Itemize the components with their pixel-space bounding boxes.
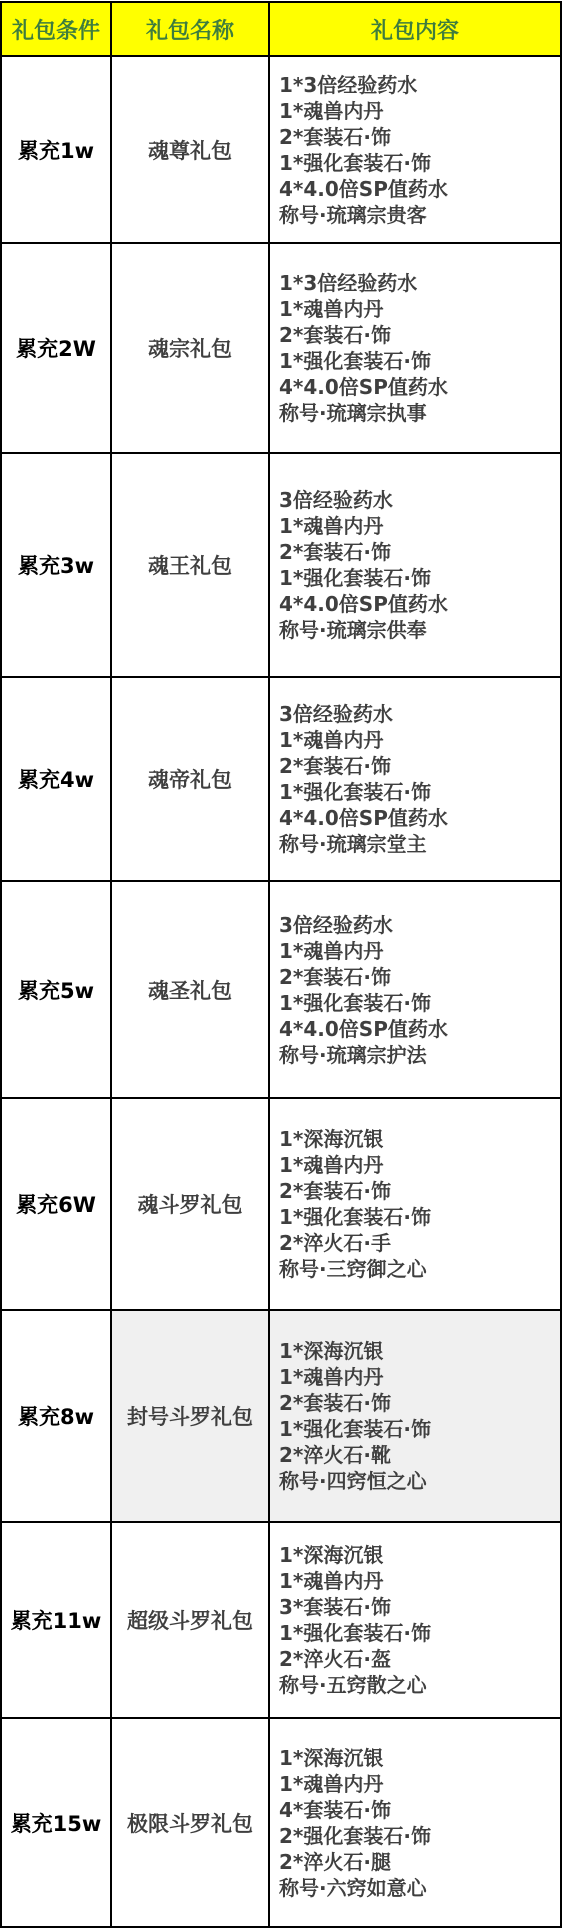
content-line: 1*魂兽内丹 bbox=[279, 1364, 554, 1390]
content-line: 2*强化套装石·饰 bbox=[279, 1823, 554, 1849]
content-line: 1*魂兽内丹 bbox=[279, 1152, 554, 1178]
content-line: 1*强化套装石·饰 bbox=[279, 565, 554, 591]
content-cell: 1*深海沉银 1*魂兽内丹 3*套装石·饰 1*强化套装石·饰 2*淬火石·盔 … bbox=[269, 1522, 561, 1718]
header-row: 礼包条件 礼包名称 礼包内容 bbox=[1, 2, 561, 56]
content-line: 1*魂兽内丹 bbox=[279, 98, 554, 124]
condition-cell: 累充5w bbox=[1, 881, 111, 1098]
content-line: 称号·四窍恒之心 bbox=[279, 1468, 554, 1494]
gift-package-table: 礼包条件 礼包名称 礼包内容 累充1w 魂尊礼包 1*3倍经验药水 1*魂兽内丹… bbox=[0, 1, 562, 1928]
content-line: 1*强化套装石·饰 bbox=[279, 1620, 554, 1646]
content-line: 4*套装石·饰 bbox=[279, 1797, 554, 1823]
condition-cell: 累充15w bbox=[1, 1718, 111, 1927]
condition-cell: 累充4w bbox=[1, 677, 111, 881]
content-line: 2*淬火石·手 bbox=[279, 1230, 554, 1256]
condition-cell: 累充1w bbox=[1, 56, 111, 243]
table-row: 累充6W 魂斗罗礼包 1*深海沉银 1*魂兽内丹 2*套装石·饰 1*强化套装石… bbox=[1, 1098, 561, 1310]
content-line: 1*魂兽内丹 bbox=[279, 1568, 554, 1594]
table-row: 累充11w 超级斗罗礼包 1*深海沉银 1*魂兽内丹 3*套装石·饰 1*强化套… bbox=[1, 1522, 561, 1718]
table-row: 累充3w 魂王礼包 3倍经验药水 1*魂兽内丹 2*套装石·饰 1*强化套装石·… bbox=[1, 453, 561, 677]
condition-cell: 累充11w bbox=[1, 1522, 111, 1718]
content-cell: 3倍经验药水 1*魂兽内丹 2*套装石·饰 1*强化套装石·饰 4*4.0倍SP… bbox=[269, 453, 561, 677]
content-line: 2*套装石·饰 bbox=[279, 539, 554, 565]
content-line: 1*3倍经验药水 bbox=[279, 72, 554, 98]
table-row: 累充1w 魂尊礼包 1*3倍经验药水 1*魂兽内丹 2*套装石·饰 1*强化套装… bbox=[1, 56, 561, 243]
content-line: 称号·五窍散之心 bbox=[279, 1672, 554, 1698]
name-cell: 魂宗礼包 bbox=[111, 243, 269, 453]
content-line: 2*淬火石·腿 bbox=[279, 1849, 554, 1875]
header-cell-name: 礼包名称 bbox=[111, 2, 269, 56]
name-cell: 封号斗罗礼包 bbox=[111, 1310, 269, 1522]
content-cell: 1*深海沉银 1*魂兽内丹 4*套装石·饰 2*强化套装石·饰 2*淬火石·腿 … bbox=[269, 1718, 561, 1927]
content-line: 称号·六窍如意心 bbox=[279, 1875, 554, 1901]
content-line: 3倍经验药水 bbox=[279, 701, 554, 727]
content-line: 2*淬火石·盔 bbox=[279, 1646, 554, 1672]
header-cell-content: 礼包内容 bbox=[269, 2, 561, 56]
table-row: 累充15w 极限斗罗礼包 1*深海沉银 1*魂兽内丹 4*套装石·饰 2*强化套… bbox=[1, 1718, 561, 1927]
content-line: 2*套装石·饰 bbox=[279, 1178, 554, 1204]
content-line: 1*魂兽内丹 bbox=[279, 513, 554, 539]
content-line: 1*强化套装石·饰 bbox=[279, 1204, 554, 1230]
content-cell: 3倍经验药水 1*魂兽内丹 2*套装石·饰 1*强化套装石·饰 4*4.0倍SP… bbox=[269, 881, 561, 1098]
condition-cell: 累充2W bbox=[1, 243, 111, 453]
condition-cell: 累充3w bbox=[1, 453, 111, 677]
content-line: 1*魂兽内丹 bbox=[279, 938, 554, 964]
content-line: 1*魂兽内丹 bbox=[279, 1771, 554, 1797]
content-line: 称号·琉璃宗贵客 bbox=[279, 202, 554, 228]
content-line: 3*套装石·饰 bbox=[279, 1594, 554, 1620]
header-cell-condition: 礼包条件 bbox=[1, 2, 111, 56]
content-line: 1*深海沉银 bbox=[279, 1542, 554, 1568]
content-line: 称号·琉璃宗执事 bbox=[279, 400, 554, 426]
content-line: 称号·琉璃宗堂主 bbox=[279, 831, 554, 857]
content-line: 4*4.0倍SP值药水 bbox=[279, 176, 554, 202]
content-line: 3倍经验药水 bbox=[279, 912, 554, 938]
content-line: 称号·三窍御之心 bbox=[279, 1256, 554, 1282]
content-line: 称号·琉璃宗供奉 bbox=[279, 617, 554, 643]
table-row: 累充5w 魂圣礼包 3倍经验药水 1*魂兽内丹 2*套装石·饰 1*强化套装石·… bbox=[1, 881, 561, 1098]
condition-cell: 累充6W bbox=[1, 1098, 111, 1310]
name-cell: 魂尊礼包 bbox=[111, 56, 269, 243]
name-cell: 魂圣礼包 bbox=[111, 881, 269, 1098]
content-line: 1*强化套装石·饰 bbox=[279, 348, 554, 374]
name-cell: 魂斗罗礼包 bbox=[111, 1098, 269, 1310]
content-line: 2*套装石·饰 bbox=[279, 124, 554, 150]
content-cell: 3倍经验药水 1*魂兽内丹 2*套装石·饰 1*强化套装石·饰 4*4.0倍SP… bbox=[269, 677, 561, 881]
content-line: 1*深海沉银 bbox=[279, 1338, 554, 1364]
content-line: 3倍经验药水 bbox=[279, 487, 554, 513]
condition-cell: 累充8w bbox=[1, 1310, 111, 1522]
content-cell: 1*3倍经验药水 1*魂兽内丹 2*套装石·饰 1*强化套装石·饰 4*4.0倍… bbox=[269, 56, 561, 243]
content-line: 1*深海沉银 bbox=[279, 1745, 554, 1771]
content-cell: 1*深海沉银 1*魂兽内丹 2*套装石·饰 1*强化套装石·饰 2*淬火石·手 … bbox=[269, 1098, 561, 1310]
content-line: 1*深海沉银 bbox=[279, 1126, 554, 1152]
content-line: 1*强化套装石·饰 bbox=[279, 779, 554, 805]
content-line: 4*4.0倍SP值药水 bbox=[279, 805, 554, 831]
content-cell: 1*深海沉银 1*魂兽内丹 2*套装石·饰 1*强化套装石·饰 2*淬火石·靴 … bbox=[269, 1310, 561, 1522]
name-cell: 极限斗罗礼包 bbox=[111, 1718, 269, 1927]
content-line: 4*4.0倍SP值药水 bbox=[279, 374, 554, 400]
table-row-highlighted: 累充8w 封号斗罗礼包 1*深海沉银 1*魂兽内丹 2*套装石·饰 1*强化套装… bbox=[1, 1310, 561, 1522]
content-line: 2*套装石·饰 bbox=[279, 964, 554, 990]
content-line: 4*4.0倍SP值药水 bbox=[279, 591, 554, 617]
content-line: 2*套装石·饰 bbox=[279, 1390, 554, 1416]
content-line: 2*套装石·饰 bbox=[279, 753, 554, 779]
content-line: 1*强化套装石·饰 bbox=[279, 1416, 554, 1442]
content-line: 1*强化套装石·饰 bbox=[279, 150, 554, 176]
name-cell: 魂帝礼包 bbox=[111, 677, 269, 881]
content-line: 1*强化套装石·饰 bbox=[279, 990, 554, 1016]
content-line: 2*淬火石·靴 bbox=[279, 1442, 554, 1468]
content-line: 称号·琉璃宗护法 bbox=[279, 1042, 554, 1068]
table-row: 累充4w 魂帝礼包 3倍经验药水 1*魂兽内丹 2*套装石·饰 1*强化套装石·… bbox=[1, 677, 561, 881]
table-row: 累充2W 魂宗礼包 1*3倍经验药水 1*魂兽内丹 2*套装石·饰 1*强化套装… bbox=[1, 243, 561, 453]
content-line: 2*套装石·饰 bbox=[279, 322, 554, 348]
content-line: 1*魂兽内丹 bbox=[279, 296, 554, 322]
name-cell: 超级斗罗礼包 bbox=[111, 1522, 269, 1718]
content-line: 1*3倍经验药水 bbox=[279, 270, 554, 296]
content-line: 4*4.0倍SP值药水 bbox=[279, 1016, 554, 1042]
content-line: 1*魂兽内丹 bbox=[279, 727, 554, 753]
name-cell: 魂王礼包 bbox=[111, 453, 269, 677]
content-cell: 1*3倍经验药水 1*魂兽内丹 2*套装石·饰 1*强化套装石·饰 4*4.0倍… bbox=[269, 243, 561, 453]
